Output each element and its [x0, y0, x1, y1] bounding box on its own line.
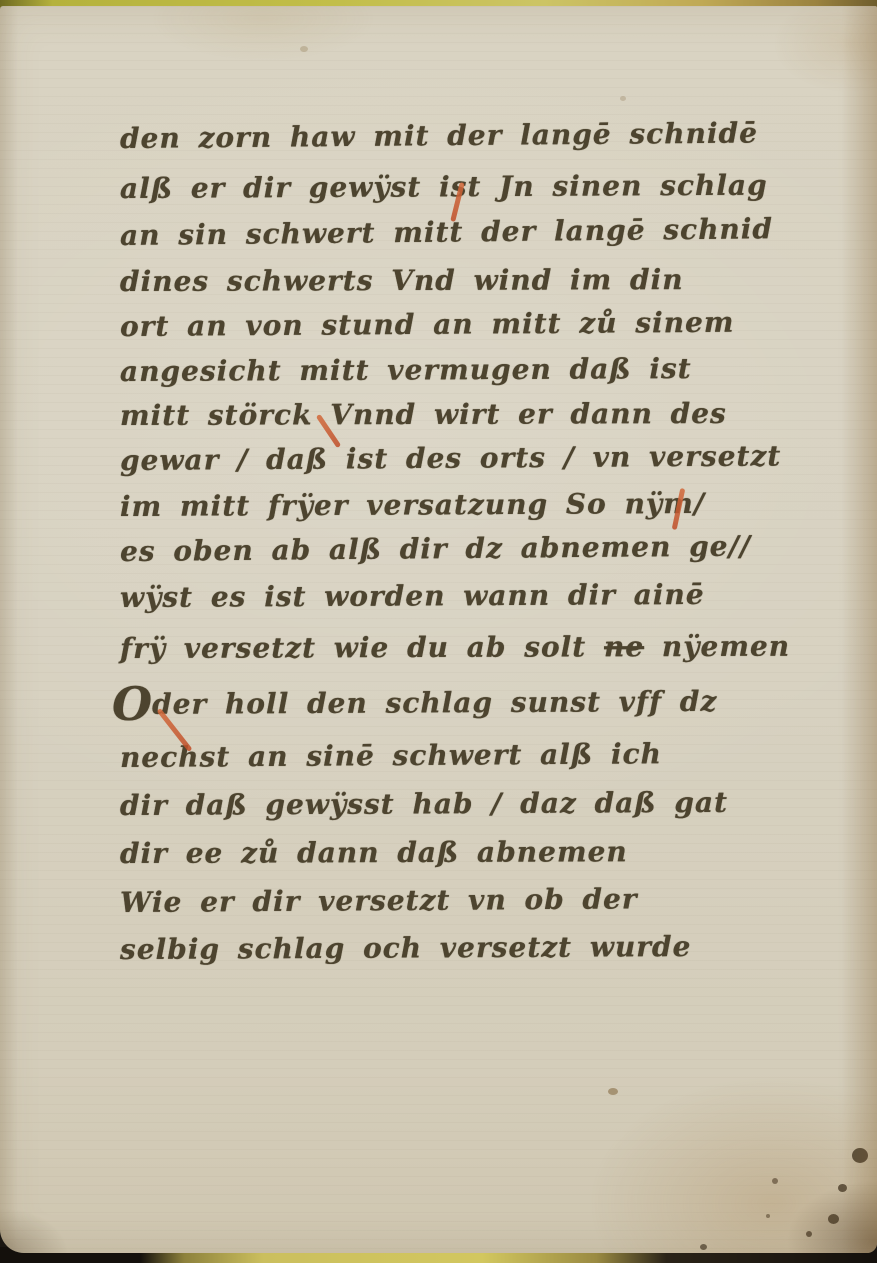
line-12-text: frÿ versetzt wie du ab solt — [120, 630, 604, 665]
manuscript-line-7: mitt störck Vnnd wirt er dann des — [120, 397, 727, 432]
ink-spot — [838, 1184, 847, 1192]
manuscript-photo: den zorn haw mit der langē schnidē alß e… — [0, 0, 877, 1263]
manuscript-line-6: angesicht mitt vermugen daß ist — [120, 352, 692, 388]
line-13-text: der holl den schlag sunst vff dz — [152, 685, 717, 721]
lombard-initial-O: O — [112, 677, 152, 731]
manuscript-line-12: frÿ versetzt wie du ab solt ne nÿemen — [120, 630, 790, 665]
manuscript-line-8: gewar / daß ist des orts / vn versetzt — [120, 439, 781, 477]
manuscript-line-5: ort an von stund an mitt zů sinem — [120, 306, 735, 343]
manuscript-line-13: Oder holl den schlag sunst vff dz — [112, 685, 717, 721]
ink-spot — [806, 1231, 812, 1237]
stain-fleck — [620, 96, 626, 101]
manuscript-line-2: alß er dir gewÿst ist Jn sinen schlag — [120, 169, 768, 205]
manuscript-line-9: im mitt frÿer versatzung So nÿm/ — [120, 487, 705, 523]
ink-spot — [772, 1178, 778, 1184]
ink-spot — [766, 1214, 770, 1218]
ink-spot — [852, 1148, 868, 1163]
manuscript-line-15: dir daß gewÿsst hab / daz daß gat — [120, 786, 728, 822]
manuscript-line-4: dines schwerts Vnd wind im din — [120, 263, 684, 298]
manuscript-line-17: Wie er dir versetzt vn ob der — [120, 882, 638, 919]
ink-spot — [700, 1244, 707, 1250]
manuscript-line-14: nechst an sinē schwert alß ich — [120, 737, 662, 774]
line-12-text-after: nÿemen — [644, 630, 790, 664]
manuscript-line-18: selbig schlag och versetzt wurde — [120, 930, 692, 966]
ink-spot — [828, 1214, 839, 1224]
manuscript-line-16: dir ee zů dann daß abnemen — [120, 835, 628, 870]
manuscript-line-3: an sin schwert mitt der langē schnid — [120, 212, 773, 252]
manuscript-line-1: den zorn haw mit der langē schnidē — [120, 116, 758, 155]
struck-out-word: ne — [604, 630, 644, 663]
stain-fleck — [300, 46, 308, 52]
stain-fleck — [608, 1088, 618, 1095]
manuscript-line-10: es oben ab alß dir dz abnemen ge// — [120, 529, 751, 568]
manuscript-line-11: wÿst es ist worden wann dir ainē — [120, 578, 705, 614]
manuscript-page: den zorn haw mit der langē schnidē alß e… — [0, 6, 877, 1253]
